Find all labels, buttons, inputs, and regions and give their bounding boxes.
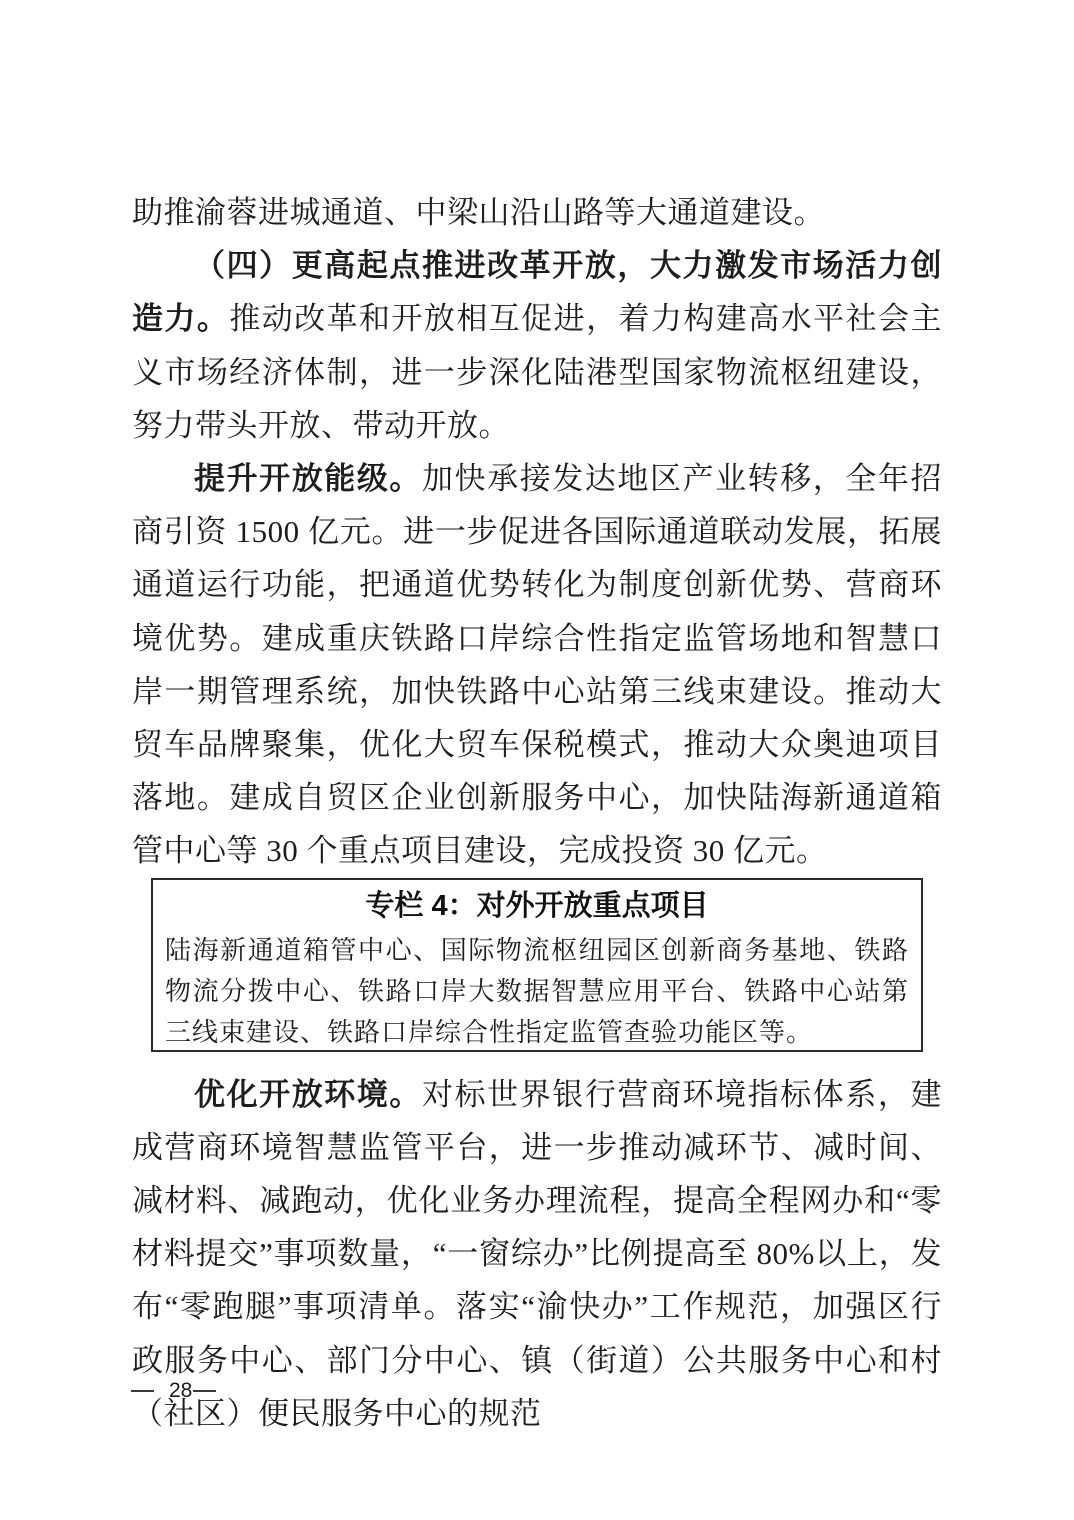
document-body: 助推渝蓉进城通道、中梁山沿山路等大通道建设。 （四）更高起点推进改革开放，大力激… bbox=[132, 186, 942, 1440]
document-page: 助推渝蓉进城通道、中梁山沿山路等大通道建设。 （四）更高起点推进改革开放，大力激… bbox=[0, 0, 1074, 1520]
page-footer: 28 bbox=[131, 1376, 216, 1406]
column-box-title: 专栏 4：对外开放重点项目 bbox=[165, 883, 909, 930]
page-number: 28 bbox=[169, 1376, 192, 1406]
paragraph-section-4: （四）更高起点推进改革开放，大力激发市场活力创造力。推动改革和开放相互促进，着力… bbox=[132, 239, 942, 452]
paragraph-lead: 优化开放环境。 bbox=[194, 1077, 422, 1112]
paragraph-open-capacity: 提升开放能级。加快承接发达地区产业转移，全年招商引资 1500 亿元。进一步促进… bbox=[132, 452, 942, 878]
paragraph-text: 加快承接发达地区产业转移，全年招商引资 1500 亿元。进一步促进各国际通道联动… bbox=[132, 461, 942, 868]
paragraph-text: 助推渝蓉进城通道、中梁山沿山路等大通道建设。 bbox=[132, 195, 825, 230]
column-box: 专栏 4：对外开放重点项目 陆海新通道箱管中心、国际物流枢纽园区创新商务基地、铁… bbox=[151, 878, 923, 1052]
column-box-body: 陆海新通道箱管中心、国际物流枢纽园区创新商务基地、铁路物流分拨中心、铁路口岸大数… bbox=[165, 930, 909, 1052]
paragraph-text: 对标世界银行营商环境指标体系，建成营商环境智慧监管平台，进一步推动减环节、减时间… bbox=[132, 1077, 942, 1431]
paragraph-open-environment: 优化开放环境。对标世界银行营商环境指标体系，建成营商环境智慧监管平台，进一步推动… bbox=[132, 1068, 942, 1440]
paragraph-text: 推动改革和开放相互促进，着力构建高水平社会主义市场经济体制，进一步深化陆港型国家… bbox=[132, 301, 942, 442]
paragraph-lead: 提升开放能级。 bbox=[194, 461, 422, 496]
footer-dash-right bbox=[193, 1390, 216, 1392]
footer-dash-left bbox=[131, 1390, 154, 1392]
paragraph-continuation: 助推渝蓉进城通道、中梁山沿山路等大通道建设。 bbox=[132, 186, 942, 239]
